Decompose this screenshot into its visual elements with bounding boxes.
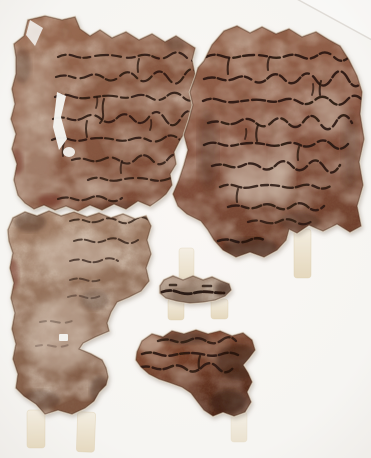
worn-holes	[59, 334, 68, 341]
fragment-top-left	[8, 12, 202, 214]
mount-tab	[76, 412, 95, 453]
photo-canvas	[0, 0, 371, 458]
mount-tab	[294, 229, 311, 278]
mount-tab	[27, 410, 45, 448]
manuscript-photo	[0, 0, 371, 458]
mount-tab	[211, 299, 228, 319]
